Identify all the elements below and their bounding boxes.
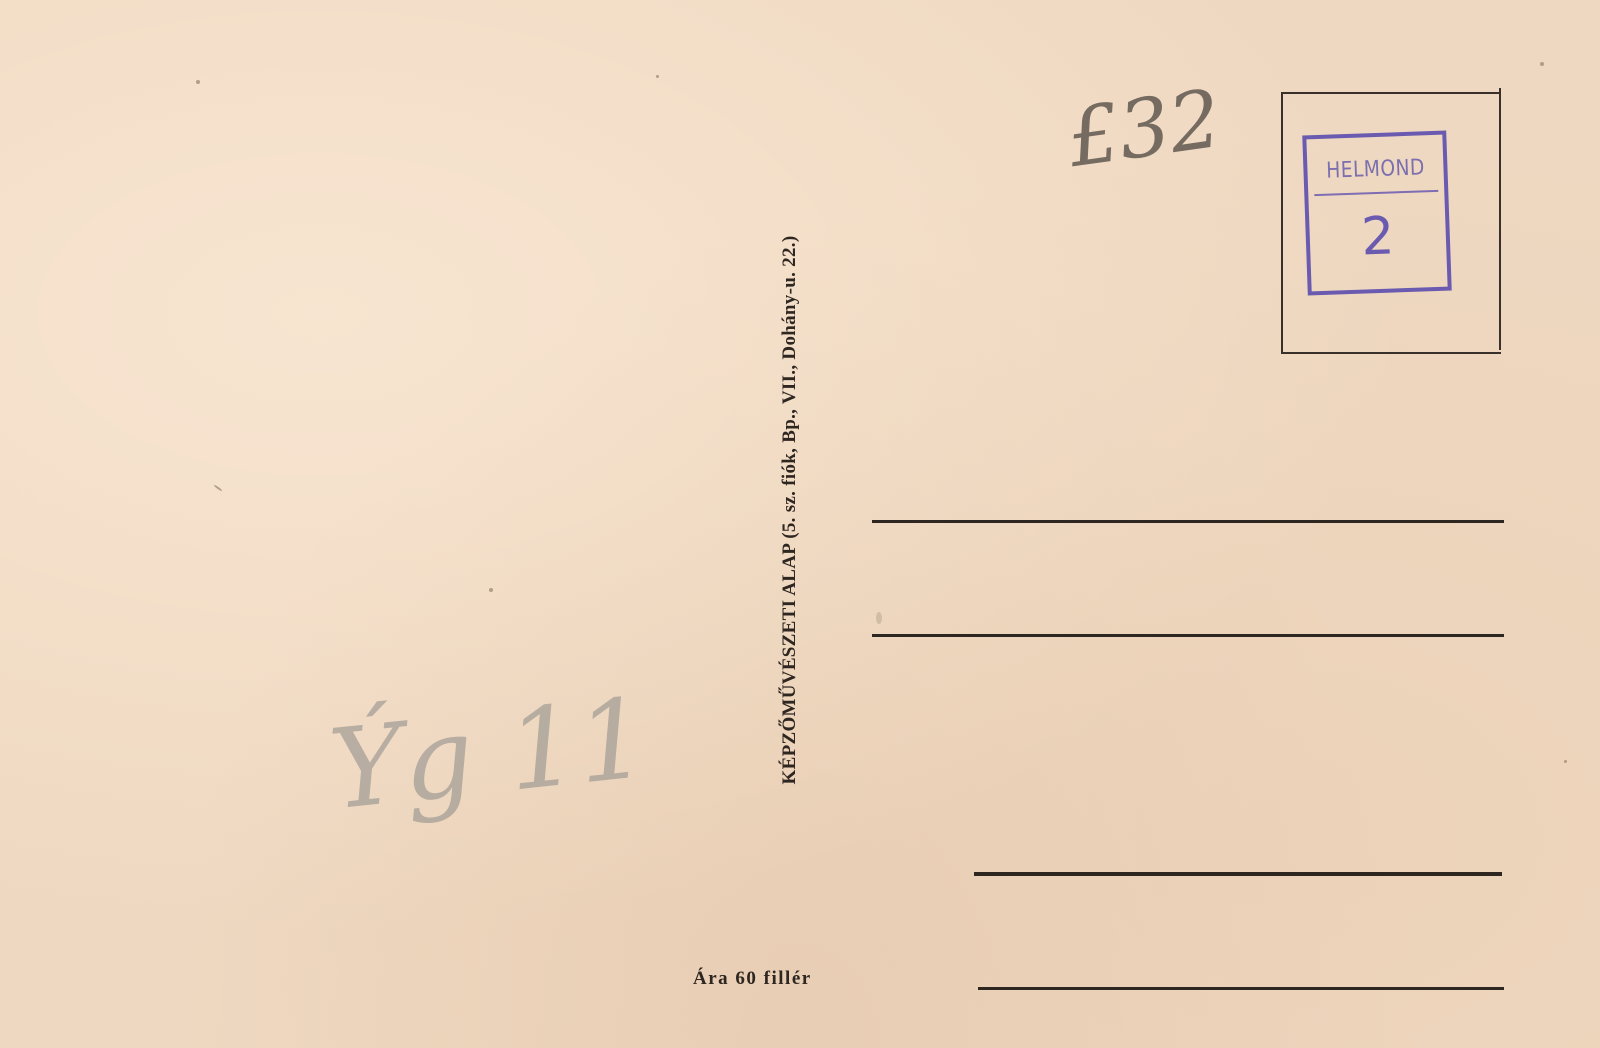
paper-speck [213, 484, 222, 491]
paper-speck [489, 588, 493, 592]
paper-speck [1540, 62, 1544, 66]
stamp-divider [1314, 190, 1438, 196]
address-line [978, 987, 1504, 990]
publisher-imprint: KÉPZŐMŰVÉSZETI ALAP (5. sz. fiók, Bp., V… [779, 236, 801, 785]
price-label: Ára 60 fillér [693, 968, 812, 990]
helmond-rubber-stamp: HELMOND 2 [1302, 131, 1451, 296]
stamp-box-edge [1499, 88, 1501, 350]
address-line [872, 634, 1504, 637]
paper-speck [196, 80, 200, 84]
handwritten-note-price: £32 [1062, 72, 1226, 185]
stamp-number: 2 [1309, 205, 1447, 270]
paper-speck [1564, 760, 1567, 763]
address-line [872, 520, 1504, 523]
paper-speck [876, 612, 882, 624]
paper-speck [656, 75, 659, 78]
handwritten-note-code: Ýg 11 [324, 674, 654, 835]
address-line [974, 872, 1502, 876]
stamp-place: HELMOND [1317, 155, 1433, 184]
postcard-back: KÉPZŐMŰVÉSZETI ALAP (5. sz. fiók, Bp., V… [0, 0, 1600, 1048]
